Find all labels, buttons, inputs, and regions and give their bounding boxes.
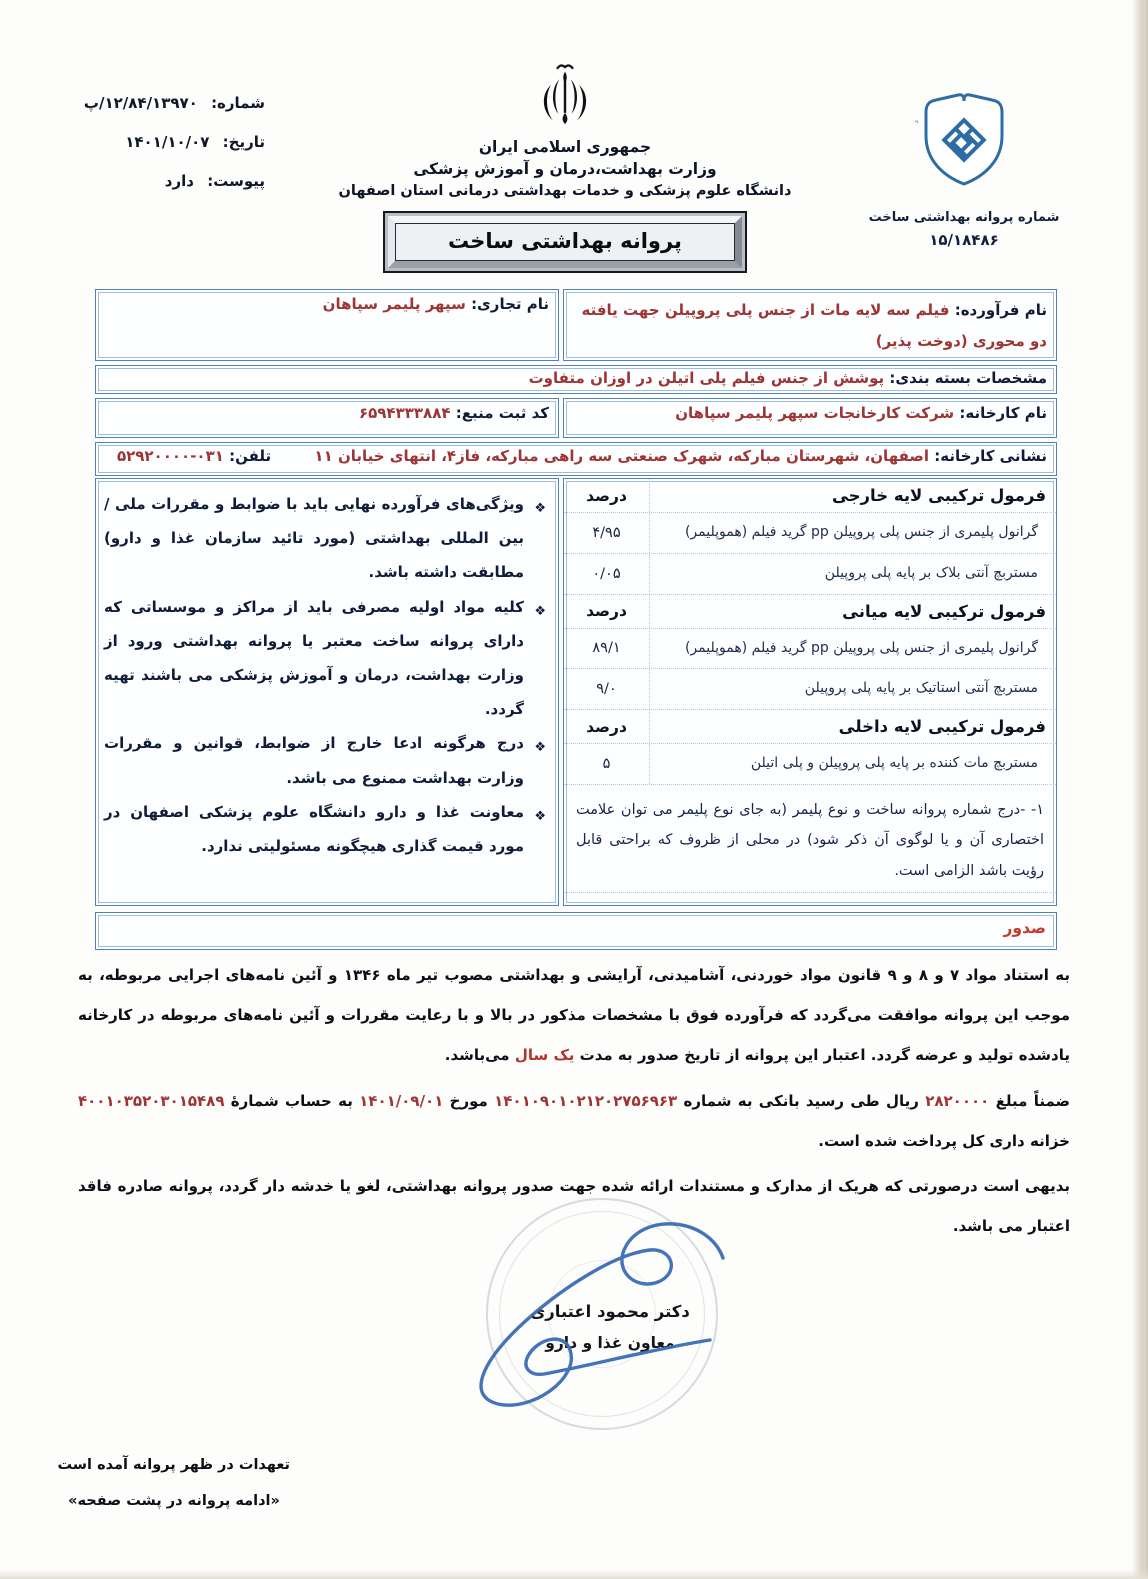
formula-row: مستربچ آنتی بلاک بر پایه پلی پروپیلن ۰/۰… xyxy=(564,553,1056,594)
formula-row: مستربچ آنتی استاتیک بر پایه پلی پروپیلن … xyxy=(564,668,1056,709)
condition-item: ❖ کلیه مواد اولیه مصرفی باید از مراکز و … xyxy=(104,590,546,727)
university-name: دانشگاه علوم پزشکی و خدمات بهداشتی درمان… xyxy=(318,181,812,202)
svg-text:دانشگاه علوم پزشکی و خدمات بهد: دانشگاه علوم پزشکی و خدمات بهداشتی درمان… xyxy=(900,64,920,124)
formula-section-header: فرمول ترکیبی لایه خارجی درصد xyxy=(564,479,1056,512)
p2-text-3: مورخ xyxy=(443,1092,494,1110)
ingredient-percent: ۸۹/۱ xyxy=(564,629,650,669)
brand-value: سپهر پلیمر سپاهان xyxy=(323,295,466,313)
validity-duration: یک سال xyxy=(515,1046,575,1064)
percent-column-header: درصد xyxy=(564,479,650,512)
ingredient-name: مستربچ مات کننده بر پایه پلی پروپیلن و پ… xyxy=(650,744,1056,784)
section-title: فرمول ترکیبی لایه خارجی xyxy=(650,479,1056,512)
mg-per-dm2-fraction: mg dm² xyxy=(752,903,786,906)
packaging-label: مشخصات بسته بندی: xyxy=(889,369,1047,387)
section-title: فرمول ترکیبی لایه میانی xyxy=(650,595,1056,628)
doc-attachment-row: پیوست: دارد xyxy=(60,172,265,190)
footer-line-1: تعهدات در ظهر پروانه آمده است xyxy=(58,1448,290,1484)
product-name-cell: نام فرآورده: فیلم سه لایه مات از جنس پلی… xyxy=(563,289,1057,361)
section-title: فرمول ترکیبی لایه داخلی xyxy=(650,710,1056,743)
document-title: پروانه بهداشتی ساخت xyxy=(395,223,735,261)
document-title-box: پروانه بهداشتی ساخت xyxy=(383,211,747,273)
condition-item: ❖ ویژگی‌های فرآورده نهایی باید با ضوابط … xyxy=(104,487,546,590)
doc-number-row: شماره: ۱۲/۸۴/۱۳۹۷۰/پ xyxy=(60,94,265,112)
source-code-cell: کد ثبت منبع: ۶۵۹۴۳۳۳۸۸۴ xyxy=(95,398,559,438)
factory-cell: نام کارخانه: شرکت کارخانجات سپهر پلیمر س… xyxy=(563,398,1057,438)
license-header: دانشگاه علوم پزشکی و خدمات بهداشتی درمان… xyxy=(864,64,1064,249)
doc-date-row: تاریخ: ۱۴۰۱/۱۰/۰۷ xyxy=(60,133,265,151)
formula-note-2: ۲-میزان مهاجرت عمومی نباید بیش از mg dm²… xyxy=(564,892,1056,906)
scan-edge xyxy=(1132,0,1148,1579)
p2-text-5: خزانه داری کل پرداخت شده است. xyxy=(818,1132,1070,1150)
ingredient-percent: ۴/۹۵ xyxy=(564,513,650,553)
formula-note-1: ۱- -درج شماره پروانه ساخت و نوع پلیمر (ب… xyxy=(564,784,1056,892)
product-name-label: نام فرآورده: xyxy=(955,301,1047,319)
row-factory-code: نام کارخانه: شرکت کارخانجات سپهر پلیمر س… xyxy=(95,398,1057,438)
treasury-account-number: ۴۰۰۱۰۳۵۲۰۳۰۱۵۴۸۹ xyxy=(78,1092,224,1110)
row-product-brand: نام فرآورده: فیلم سه لایه مات از جنس پلی… xyxy=(95,289,1057,361)
row-packaging: مشخصات بسته بندی: پوشش از جنس فیلم پلی ا… xyxy=(95,365,1057,394)
formula-section-header: فرمول ترکیبی لایه میانی درصد xyxy=(564,594,1056,628)
formula-table: فرمول ترکیبی لایه خارجی درصد گرانول پلیم… xyxy=(563,478,1057,906)
issuance-section-header: صدور xyxy=(95,912,1057,950)
row-address: نشانی کارخانه: اصفهان، شهرستان مبارکه، ش… xyxy=(95,442,1057,476)
formula-row: مستربچ مات کننده بر پایه پلی پروپیلن و پ… xyxy=(564,743,1056,784)
packaging-value: پوشش از جنس فیلم پلی اتیلن در اوزان متفا… xyxy=(529,369,885,387)
percent-column-header: درصد xyxy=(564,595,650,628)
formula-row: گرانول پلیمری از جنس پلی پروپیلن pp گرید… xyxy=(564,512,1056,553)
doc-attachment-value: دارد xyxy=(165,172,194,190)
factory-value: شرکت کارخانجات سپهر پلیمر سپاهان xyxy=(675,404,954,422)
ingredient-percent: ۹/۰ xyxy=(564,669,650,709)
license-number-value: ۱۵/۱۸۴۸۶ xyxy=(864,231,1064,249)
issuance-paragraph-1: به استناد مواد ۷ و ۸ و ۹ قانون مواد خورد… xyxy=(78,956,1070,1076)
formula-section-header: فرمول ترکیبی لایه داخلی درصد xyxy=(564,709,1056,743)
packaging-cell: مشخصات بسته بندی: پوشش از جنس فیلم پلی ا… xyxy=(95,365,1057,394)
footer-line-2: «ادامه پروانه در پشت صفحه» xyxy=(58,1484,290,1520)
migration-limit: mg dm² ۱۰ xyxy=(746,903,813,906)
fee-amount: ۲۸۲۰۰۰۰ xyxy=(925,1092,989,1110)
p2-text-1: ضمناً مبلغ xyxy=(989,1092,1070,1110)
doc-number-label: شماره: xyxy=(211,94,265,112)
receipt-date: ۱۴۰۱/۰۹/۰۱ xyxy=(359,1092,443,1110)
formula-table-body: فرمول ترکیبی لایه خارجی درصد گرانول پلیم… xyxy=(564,479,1056,906)
ministry-name: وزارت بهداشت،درمان و آموزش پزشکی xyxy=(318,158,812,180)
factory-label: نام کارخانه: xyxy=(959,404,1047,422)
p1-text-b: می‌باشد. xyxy=(445,1046,515,1064)
country-name: جمهوری اسلامی ایران xyxy=(318,136,812,158)
footer-notes: تعهدات در ظهر پروانه آمده است «ادامه پرو… xyxy=(58,1448,290,1519)
brand-label: نام تجاری: xyxy=(471,295,549,313)
formula-row: گرانول پلیمری از جنس پلی پروپیلن pp گرید… xyxy=(564,628,1056,669)
ingredient-name: مستربچ آنتی بلاک بر پایه پلی پروپیلن xyxy=(650,554,1056,594)
diamond-bullet-icon: ❖ xyxy=(524,726,546,794)
signature-area: دکتر محمود اعتباری معاون غذا و دارو xyxy=(418,1198,802,1448)
signatory-title: معاون غذا و دارو xyxy=(418,1328,802,1358)
university-logo-icon: دانشگاه علوم پزشکی و خدمات بهداشتی درمان… xyxy=(900,64,1028,202)
scan-edge xyxy=(0,1569,1148,1579)
p1-text-a: به استناد مواد ۷ و ۸ و ۹ قانون مواد خورد… xyxy=(78,966,1070,1064)
phone-label: تلفن: xyxy=(229,447,271,465)
condition-item: ❖ درج هرگونه ادعا خارج از ضوابط، قوانین … xyxy=(104,726,546,794)
p2-text-2: ریال طی رسید بانکی به شماره xyxy=(677,1092,925,1110)
condition-item: ❖ معاونت غذا و دارو دانشگاه علوم پزشکی ا… xyxy=(104,795,546,863)
diamond-bullet-icon: ❖ xyxy=(524,795,546,863)
ingredient-percent: ۰/۰۵ xyxy=(564,554,650,594)
condition-text: معاونت غذا و دارو دانشگاه علوم پزشکی اصف… xyxy=(104,795,524,863)
product-info-section: نام فرآورده: فیلم سه لایه مات از جنس پلی… xyxy=(95,289,1057,480)
ingredient-name: گرانول پلیمری از جنس پلی پروپیلن pp گرید… xyxy=(650,513,1056,553)
conditions-box: ❖ ویژگی‌های فرآورده نهایی باید با ضوابط … xyxy=(95,478,559,906)
main-columns: فرمول ترکیبی لایه خارجی درصد گرانول پلیم… xyxy=(95,478,1057,906)
government-header: جمهوری اسلامی ایران وزارت بهداشت،درمان و… xyxy=(318,62,812,273)
signatory-name: دکتر محمود اعتباری xyxy=(418,1296,802,1328)
signatory-block: دکتر محمود اعتباری معاون غذا و دارو xyxy=(418,1296,802,1358)
doc-date-value: ۱۴۰۱/۱۰/۰۷ xyxy=(125,133,209,151)
condition-text: درج هرگونه ادعا خارج از ضوابط، قوانین و … xyxy=(104,726,524,794)
license-document-page: شماره: ۱۲/۸۴/۱۳۹۷۰/پ تاریخ: ۱۴۰۱/۱۰/۰۷ پ… xyxy=(0,0,1148,1579)
condition-text: ویژگی‌های فرآورده نهایی باید با ضوابط و … xyxy=(104,487,524,590)
iran-emblem-icon xyxy=(537,62,593,132)
source-code-value: ۶۵۹۴۳۳۳۸۸۴ xyxy=(359,404,451,422)
ingredient-percent: ۵ xyxy=(564,744,650,784)
diamond-bullet-icon: ❖ xyxy=(524,590,546,727)
address-cell: نشانی کارخانه: اصفهان، شهرستان مبارکه، ش… xyxy=(95,442,1057,476)
doc-number-value: ۱۲/۸۴/۱۳۹۷۰/پ xyxy=(84,94,198,112)
condition-text: کلیه مواد اولیه مصرفی باید از مراکز و مو… xyxy=(104,590,524,727)
diamond-bullet-icon: ❖ xyxy=(524,487,546,590)
source-code-label: کد ثبت منبع: xyxy=(456,404,549,422)
doc-attachment-label: پیوست: xyxy=(207,172,265,190)
address-value: اصفهان، شهرستان مبارکه، شهرک صنعتی سه را… xyxy=(314,447,929,465)
percent-column-header: درصد xyxy=(564,710,650,743)
bank-receipt-number: ۱۴۰۱۰۹۰۱۰۲۱۲۰۲۷۵۶۹۶۳ xyxy=(494,1092,677,1110)
issuance-paragraph-2: ضمناً مبلغ ۲۸۲۰۰۰۰ ریال طی رسید بانکی به… xyxy=(78,1082,1070,1162)
fraction-numerator: mg xyxy=(752,903,786,906)
ingredient-name: گرانول پلیمری از جنس پلی پروپیلن pp گرید… xyxy=(650,629,1056,669)
address-label: نشانی کارخانه: xyxy=(934,447,1047,465)
ingredient-name: مستربچ آنتی استاتیک بر پایه پلی پروپیلن xyxy=(650,669,1056,709)
p2-text-4: به حساب شمارهٔ xyxy=(224,1092,359,1110)
phone-value: ۰۳۱-۵۲۹۲۰۰۰۰ xyxy=(117,447,224,465)
doc-date-label: تاریخ: xyxy=(223,133,265,151)
title-bevel-frame: پروانه بهداشتی ساخت xyxy=(388,216,742,268)
document-meta: شماره: ۱۲/۸۴/۱۳۹۷۰/پ تاریخ: ۱۴۰۱/۱۰/۰۷ پ… xyxy=(60,94,265,211)
license-number-label: شماره پروانه بهداشتی ساخت xyxy=(864,210,1064,225)
brand-cell: نام تجاری: سپهر پلیمر سپاهان xyxy=(95,289,559,361)
